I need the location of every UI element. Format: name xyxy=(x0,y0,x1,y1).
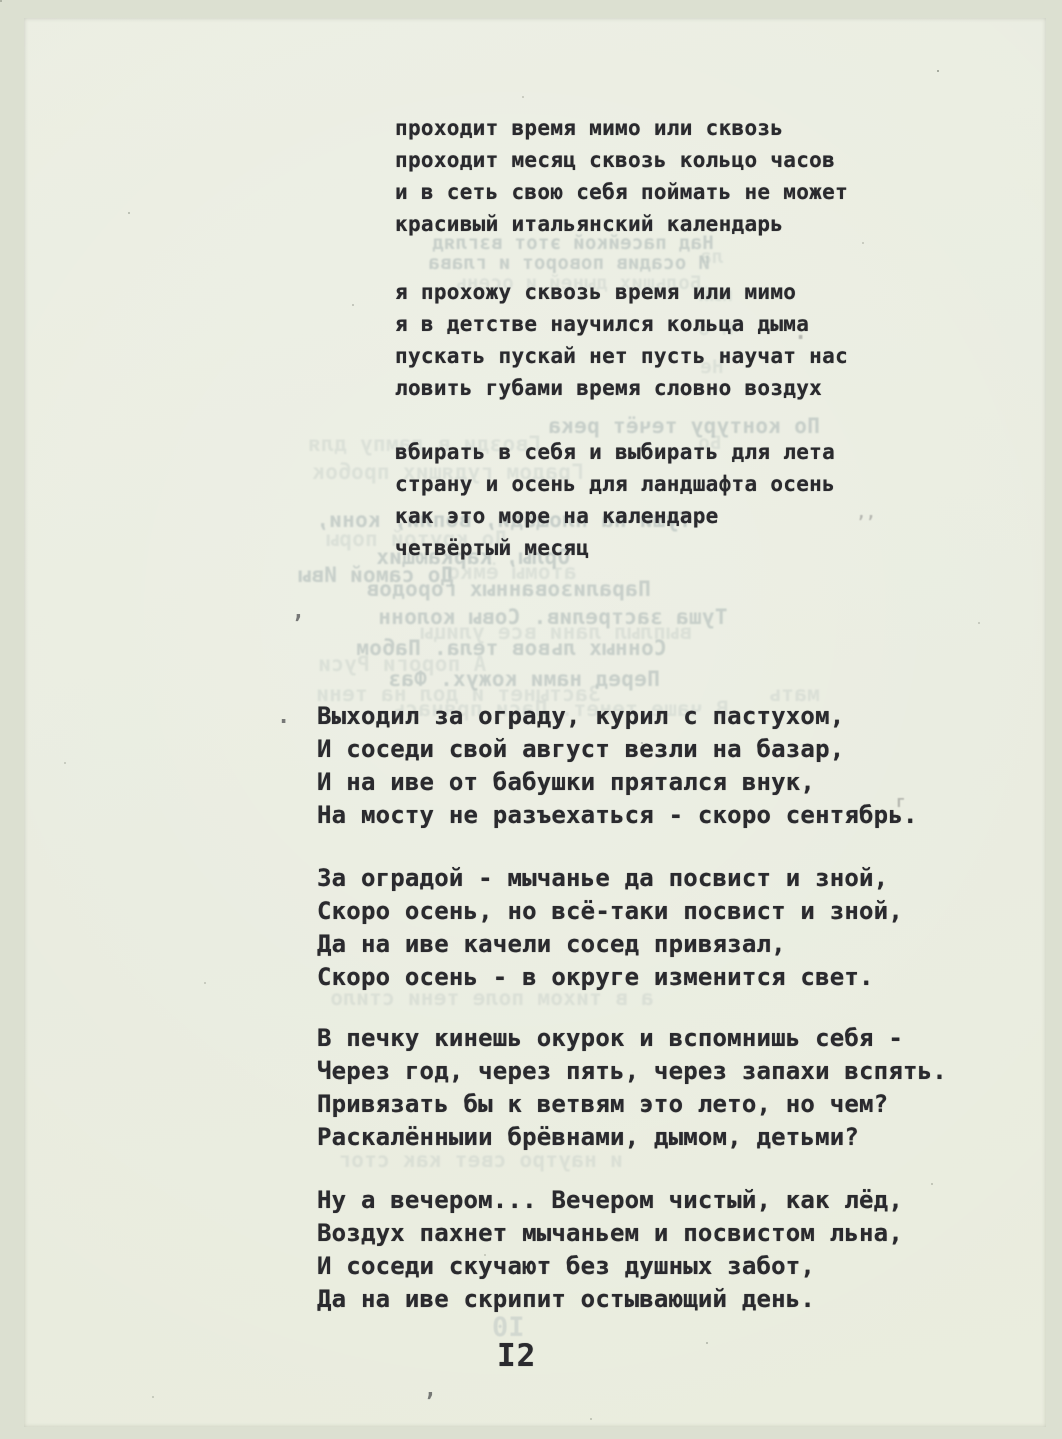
stray-ink-mark: ’’ xyxy=(856,512,875,531)
bleedthrough-line: И осадив поворот и глава xyxy=(428,252,710,274)
poem-line: Ну а вечером... Вечером чистый, как лёд, xyxy=(317,1184,903,1217)
poem-line: Скоро осень - в округе изменится свет. xyxy=(317,961,903,994)
stanza-6: В печку кинешь окурок и вспомнишь себя -… xyxy=(317,1022,947,1154)
poem-line: проходит месяц сквозь кольцо часов xyxy=(395,144,848,176)
poem-line: Выходил за ограду, курил с пастухом, xyxy=(317,700,918,733)
page-number: I2 xyxy=(497,1338,536,1374)
stanza-1: проходит время мимо или сквозь проходит … xyxy=(395,112,848,240)
poem-line: вбирать в себя и выбирать для лета xyxy=(395,436,835,468)
poem-line: И соседи свой август везли на базар, xyxy=(317,733,918,766)
poem-line: Скоро осень, но всё-таки посвист и зной, xyxy=(317,895,903,928)
stanza-3: вбирать в себя и выбирать для лета стран… xyxy=(395,436,835,564)
poem-line: я в детстве научился кольца дыма xyxy=(395,308,848,340)
poem-line: четвёртый месяц xyxy=(395,532,835,564)
stray-ink-mark: ’ xyxy=(423,1390,436,1415)
stray-ink-mark: ’ xyxy=(291,612,304,637)
bleedthrough-line: Парализованных городов xyxy=(366,577,651,601)
poem-line: Раскалённыии брёвнами, дымом, детьми? xyxy=(317,1121,947,1154)
poem-line: пускать пускай нет пусть научат нас xyxy=(395,340,848,372)
stray-ink-mark: . xyxy=(794,320,807,345)
poem-line: как это море на календаре xyxy=(395,500,835,532)
poem-line: красивый итальянский календарь xyxy=(395,208,848,240)
poem-line: страну и осень для ландшафта осень xyxy=(395,468,835,500)
poem-line: И соседи скучают без душных забот, xyxy=(317,1250,903,1283)
bleedthrough-line: По контуру течёт река xyxy=(548,414,820,438)
poem-line: ловить губами время словно воздух xyxy=(395,372,848,404)
poem-line: проходит время мимо или сквозь xyxy=(395,112,848,144)
poem-line: Привязать бы к ветвям это лето, но чем? xyxy=(317,1088,947,1121)
poem-line: За оградой - мычанье да посвист и зной, xyxy=(317,862,903,895)
paper-speckles xyxy=(0,0,2,2)
stanza-2: я прохожу сквозь время или мимо я в детс… xyxy=(395,276,848,404)
stanza-4: Выходил за ограду, курил с пастухом, И с… xyxy=(317,700,918,832)
poem-line: я прохожу сквозь время или мимо xyxy=(395,276,848,308)
stray-ink-mark: г xyxy=(896,792,906,811)
poem-line: Да на иве качели сосед привязал, xyxy=(317,928,903,961)
poem-line: и в сеть свою себя поймать не может xyxy=(395,176,848,208)
poem-line: Через год, через пять, через запахи вспя… xyxy=(317,1055,947,1088)
stanza-7: Ну а вечером... Вечером чистый, как лёд,… xyxy=(317,1184,903,1316)
stray-ink-mark: . xyxy=(277,704,290,729)
poem-line: Да на иве скрипит остывающий день. xyxy=(317,1283,903,1316)
bleedthrough-line: ла xyxy=(700,246,723,268)
poem-line: Воздух пахнет мычаньем и посвистом льна, xyxy=(317,1217,903,1250)
scanned-poem-page: Над пасейкой этот взгляд И осадив поворо… xyxy=(0,0,1062,1439)
poem-line: И на иве от бабушки прятался внук, xyxy=(317,766,918,799)
poem-line: В печку кинешь окурок и вспомнишь себя - xyxy=(317,1022,947,1055)
stanza-5: За оградой - мычанье да посвист и зной, … xyxy=(317,862,903,994)
poem-line: На мосту не разъехаться - скоро сентябрь… xyxy=(317,799,918,832)
